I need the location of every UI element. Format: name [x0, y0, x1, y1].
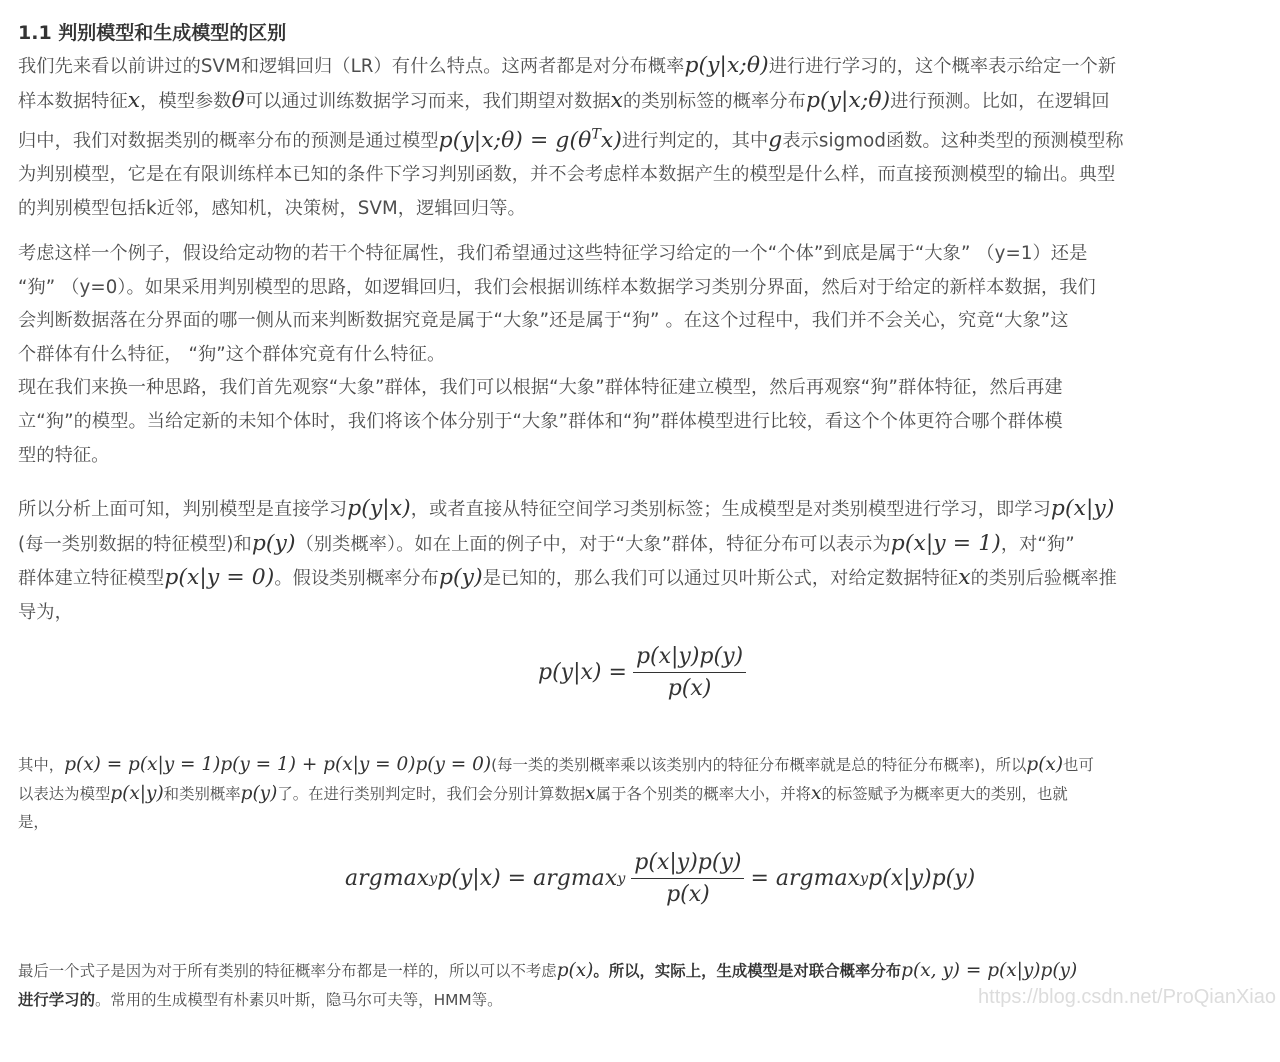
text-line: “狗” （y=0）。如果采用判别模型的思路，如逻辑回归，我们会根据训练样本数据学…	[18, 271, 1258, 305]
text-line: 以表达为模型p(x|y)和类别概率p(y)了。在进行类别判定时，我们会分别计算数…	[18, 780, 1258, 809]
text-line: 所以分析上面可知，判别模型是直接学习p(y|x)，或者直接从特征空间学习类别标签…	[18, 492, 1258, 527]
equation-argmax: argmaxyp(y|x) = argmaxy p(x|y)p(y) p(x) …	[345, 850, 975, 907]
math-inline: p(x|y = 0)	[164, 565, 274, 590]
math-inline: p(x|y = 1)	[891, 531, 1001, 556]
text-line: 导为，	[18, 596, 1258, 630]
text-line: 群体建立特征模型p(x|y = 0)。假设类别概率分布p(y)是已知的，那么我们…	[18, 561, 1258, 596]
math-inline: p(y|x;θ)	[806, 88, 890, 113]
math-inline: p(x|y)	[110, 783, 163, 804]
math-inline: p(x, y) = p(x|y)p(y)	[901, 960, 1077, 981]
math-inline: p(x|y)	[1051, 496, 1115, 521]
math-inline: p(y|x;θ)	[684, 53, 768, 78]
math-inline: p(x)	[557, 960, 594, 981]
text-line: (每一类别数据的特征模型)和p(y)（别类概率）。如在上面的例子中，对于“大象”…	[18, 527, 1258, 562]
paragraph-analysis: 所以分析上面可知，判别模型是直接学习p(y|x)，或者直接从特征空间学习类别标签…	[18, 492, 1258, 629]
text-line: 会判断数据落在分界面的哪一侧从而来判断数据究竟是属于“大象”还是属于“狗” 。在…	[18, 304, 1258, 338]
math-inline: x	[128, 88, 140, 113]
text-line: 型的特征。	[18, 439, 1258, 473]
math-inline: θ	[232, 88, 245, 113]
fraction: p(x|y)p(y) p(x)	[633, 644, 746, 701]
text-line: 其中，p(x) = p(x|y = 1)p(y = 1) + p(x|y = 0…	[18, 751, 1258, 780]
math-inline: p(x) = p(x|y = 1)p(y = 1) + p(x|y = 0)p(…	[64, 754, 491, 775]
equation-bayes: p(y|x) = p(x|y)p(y) p(x)	[538, 644, 752, 701]
text-line: 考虑这样一个例子，假设给定动物的若干个特征属性，我们希望通过这些特征学习给定的一…	[18, 237, 1258, 271]
text-line: 最后一个式子是因为对于所有类别的特征概率分布都是一样的，所以可以不考虑p(x)。…	[18, 957, 1258, 986]
math-inline: x	[611, 88, 623, 113]
fraction: p(x|y)p(y) p(x)	[631, 850, 744, 907]
text-line: 现在我们来换一种思路，我们首先观察“大象”群体，我们可以根据“大象”群体特征建立…	[18, 371, 1258, 405]
text-line: 我们先来看以前讲过的SVM和逻辑回归（LR）有什么特点。这两者都是对分布概率p(…	[18, 49, 1258, 84]
math-inline: x	[811, 783, 821, 804]
text-line: 为判别模型，它是在有限训练样本已知的条件下学习判别函数，并不会考虑样本数据产生的…	[18, 158, 1258, 192]
text-line: 个群体有什么特征， “狗”这个群体究竟有什么特征。	[18, 338, 1258, 372]
math-inline: p(y)	[252, 531, 296, 556]
text-line: 归中，我们对数据类别的概率分布的预测是通过模型p(y|x;θ) = g(θTx)…	[18, 118, 1258, 158]
math-inline: p(y|x)	[347, 496, 411, 521]
paragraph-marginal-probability: 其中，p(x) = p(x|y = 1)p(y = 1) + p(x|y = 0…	[18, 751, 1258, 837]
math-inline: g	[768, 128, 782, 153]
math-inline: x	[585, 783, 595, 804]
text-line: 是，	[18, 808, 1258, 837]
math-inline: p(y|x;θ) = g(θTx)	[439, 128, 622, 153]
text-line: 的判别模型包括k近邻，感知机，决策树，SVM，逻辑回归等。	[18, 192, 1258, 226]
paragraph-discriminative-intro: 我们先来看以前讲过的SVM和逻辑回归（LR）有什么特点。这两者都是对分布概率p(…	[18, 49, 1258, 225]
math-inline: p(x)	[1026, 754, 1063, 775]
math-inline: p(y)	[439, 565, 483, 590]
watermark: https://blog.csdn.net/ProQianXiao	[978, 986, 1276, 1009]
math-inline: x	[958, 565, 970, 590]
paragraph-elephant-dog-example: 考虑这样一个例子，假设给定动物的若干个特征属性，我们希望通过这些特征学习给定的一…	[18, 237, 1258, 472]
text-line: 立“狗”的模型。当给定新的未知个体时，我们将该个体分别于“大象”群体和“狗”群体…	[18, 405, 1258, 439]
math-inline: p(y)	[241, 783, 278, 804]
section-heading: 1.1 判别模型和生成模型的区别	[18, 18, 286, 45]
text-line: 样本数据特征x，模型参数θ可以通过训练数据学习而来，我们期望对数据x的类别标签的…	[18, 84, 1258, 119]
